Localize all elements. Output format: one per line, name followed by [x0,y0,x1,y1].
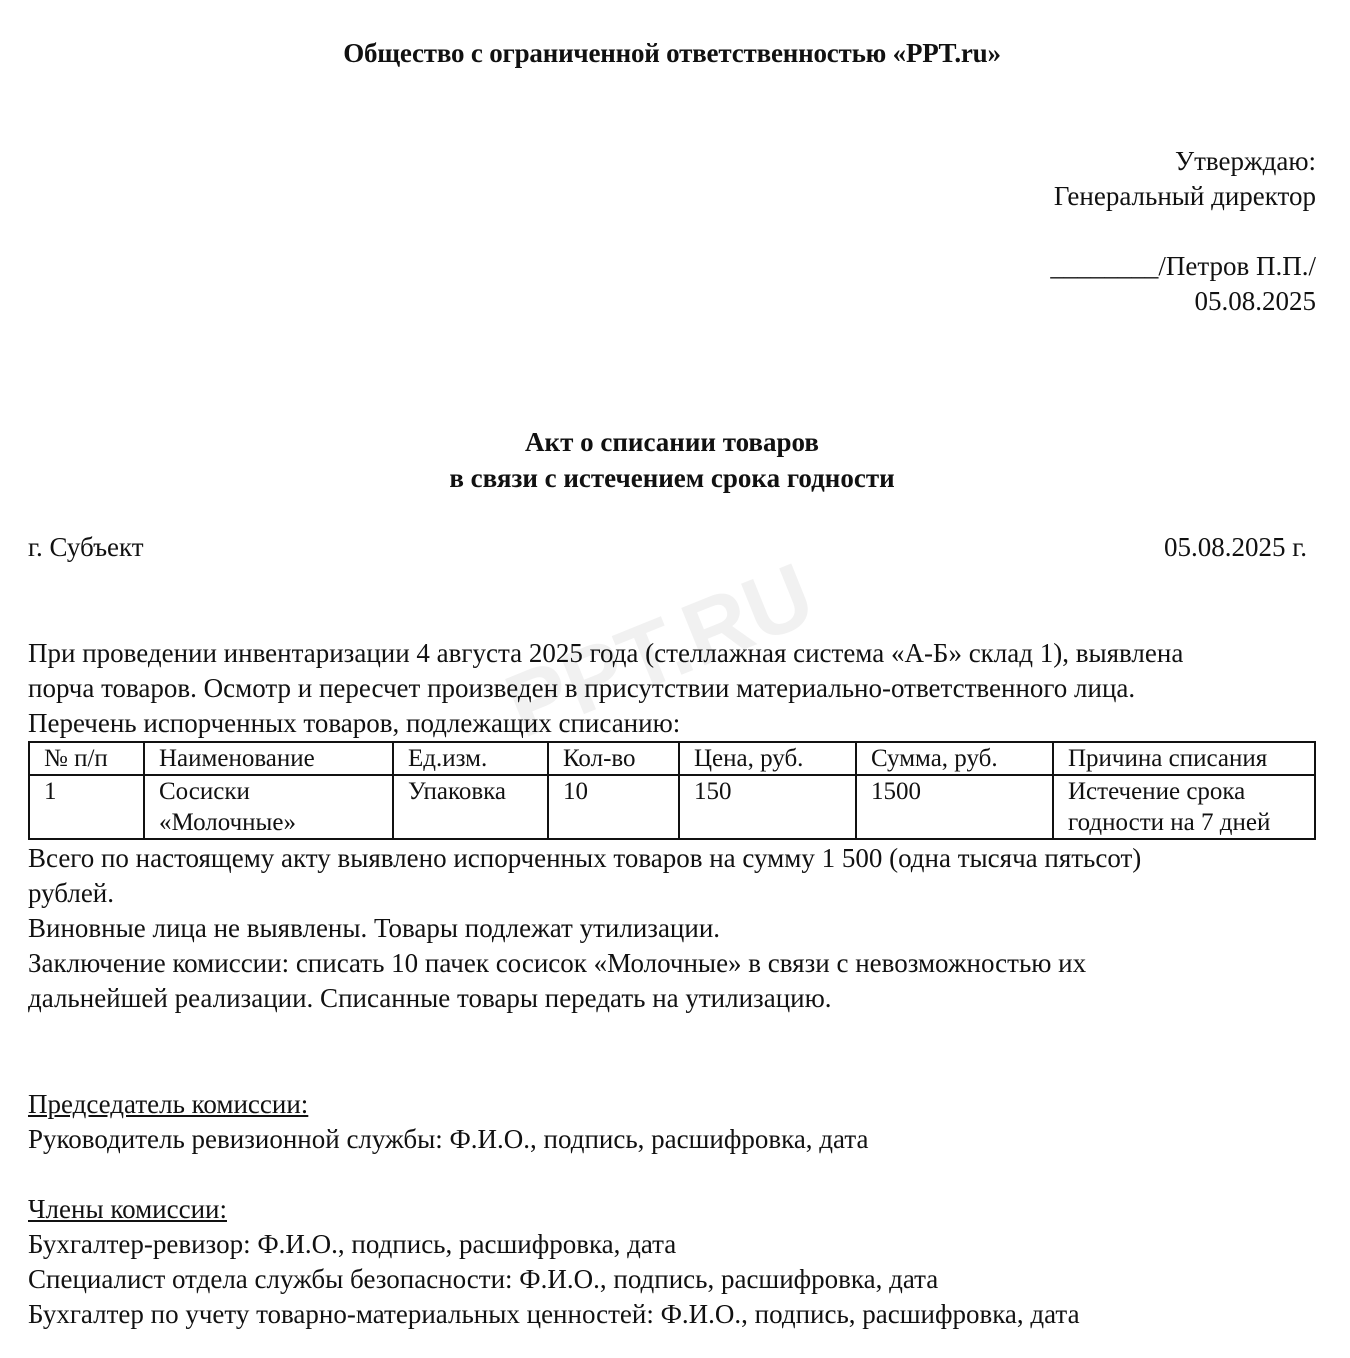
intro-line-3: Перечень испорченных товаров, подлежащих… [28,706,1328,741]
culprits-line: Виновные лица не выявлены. Товары подлеж… [28,911,1328,946]
col-sum: Сумма, руб. [856,742,1053,775]
member-signature-line: Бухгалтер-ревизор: Ф.И.О., подпись, расш… [28,1227,1328,1262]
company-name: Общество с ограниченной ответственностью… [0,38,1344,69]
approval-block: Утверждаю: Генеральный директор ________… [1050,144,1316,319]
member-signature-line: Специалист отдела службы безопасности: Ф… [28,1262,1328,1297]
approver-position: Генеральный директор [1050,179,1316,214]
col-price: Цена, руб. [679,742,856,775]
title-line-1: Акт о списании товаров [0,424,1344,460]
intro-line-2: порча товаров. Осмотр и пересчет произве… [28,671,1328,706]
conclusion-line-1: Заключение комиссии: списать 10 пачек со… [28,946,1328,981]
total-line-2: рублей. [28,876,1328,911]
commission-block: Председатель комиссии: Руководитель реви… [28,1087,1328,1332]
table-row: 1 Сосиски «Молочные» Упаковка 10 150 150… [29,775,1315,839]
member-signature-line: Бухгалтер по учету товарно-материальных … [28,1297,1328,1332]
members-heading: Члены комиссии: [28,1194,227,1224]
cell-reason: Истечение срока годности на 7 дней [1053,775,1315,839]
approval-date: 05.08.2025 [1050,284,1316,319]
cell-quantity: 10 [548,775,679,839]
city: г. Субъект [28,530,144,565]
table-header-row: № п/п Наименование Ед.изм. Кол-во Цена, … [29,742,1315,775]
items-table: № п/п Наименование Ед.изм. Кол-во Цена, … [28,741,1316,840]
cell-unit: Упаковка [393,775,548,839]
conclusion-line-2: дальнейшей реализации. Списанные товары … [28,981,1328,1016]
chair-signature-line: Руководитель ревизионной службы: Ф.И.О.,… [28,1122,1328,1157]
col-quantity: Кол-во [548,742,679,775]
document-title: Акт о списании товаров в связи с истечен… [0,424,1344,496]
document-date: 05.08.2025 г. [1164,530,1307,565]
title-line-2: в связи с истечением срока годности [0,460,1344,496]
cell-name: Сосиски «Молочные» [144,775,393,839]
intro-paragraph: При проведении инвентаризации 4 августа … [28,636,1328,741]
approval-label: Утверждаю: [1050,144,1316,179]
col-number: № п/п [29,742,144,775]
col-name: Наименование [144,742,393,775]
approver-signature: ________/Петров П.П./ [1050,249,1316,284]
col-unit: Ед.изм. [393,742,548,775]
intro-line-1: При проведении инвентаризации 4 августа … [28,636,1328,671]
total-line-1: Всего по настоящему акту выявлено испорч… [28,841,1328,876]
chair-heading: Председатель комиссии: [28,1089,308,1119]
summary-paragraph: Всего по настоящему акту выявлено испорч… [28,841,1328,1016]
cell-sum: 1500 [856,775,1053,839]
cell-number: 1 [29,775,144,839]
cell-price: 150 [679,775,856,839]
col-reason: Причина списания [1053,742,1315,775]
